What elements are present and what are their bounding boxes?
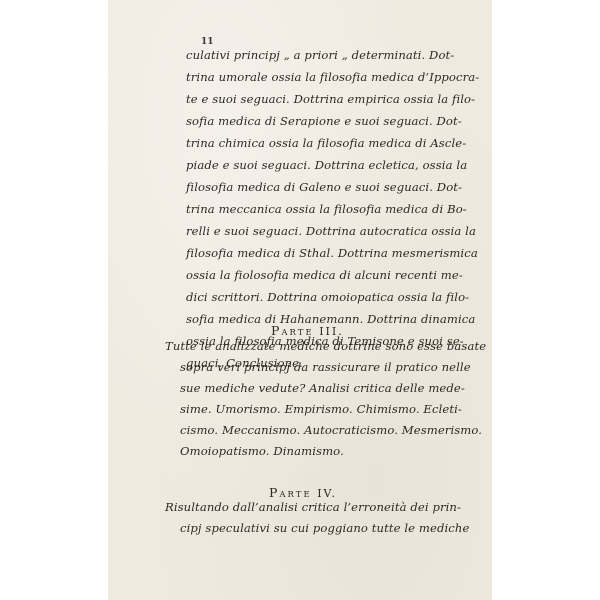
text-line: sopra veri principj da rassicurare il pr… [180,357,471,378]
text-line: te e suoi seguaci. Dottrina empirica oss… [186,89,475,110]
text-line: filosofia medica di Galeno e suoi seguac… [186,177,462,198]
text-line: trina chimica ossia la filosofia medica … [186,133,466,154]
text-line: sime. Umorismo. Empirismo. Chimismo. Ecl… [180,399,462,420]
text-line: culativi principj „ a priori „ determina… [186,45,454,66]
text-line: trina umorale ossia la filosofia medica … [186,67,479,88]
text-line: filosofia medica di Sthal. Dottrina mesm… [186,243,478,264]
text-line: piade e suoi seguaci. Dottrina ecletica,… [186,155,467,176]
text-line: trina meccanica ossia la filosofia medic… [186,199,467,220]
text-line: relli e suoi seguaci. Dottrina autocrati… [186,221,476,242]
text-line: sue mediche vedute? Analisi critica dell… [180,378,465,399]
text-line: ossia la fiolosofia medica di alcuni rec… [186,265,463,286]
text-line: Risultando dall’analisi critica l’errone… [165,497,461,518]
text-line: cismo. Meccanismo. Autocraticismo. Mesme… [180,420,482,441]
text-line: cipj speculativi su cui poggiano tutte l… [180,518,469,539]
text-line: dici scrittori. Dottrina omoiopatica oss… [186,287,469,308]
text-line: Omoiopatismo. Dinamismo. [180,441,344,462]
text-line: Tutte le analizzate mediche dottrine son… [165,336,486,357]
text-line: sofia medica di Serapione e suoi seguaci… [186,111,462,132]
